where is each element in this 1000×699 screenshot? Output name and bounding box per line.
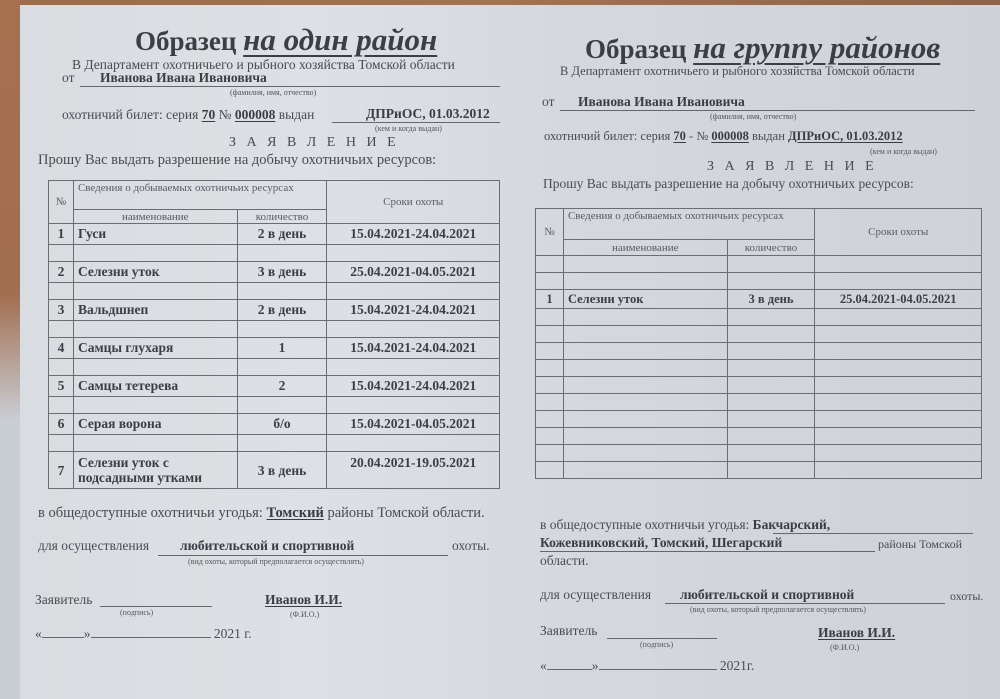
table-row-spacer (49, 397, 500, 414)
header-quantity: количество (237, 210, 327, 224)
grounds-row-2: Кожевниковский, Томский, Шегарский (540, 535, 782, 551)
row-quantity (727, 273, 815, 290)
row-quantity (727, 309, 815, 326)
row-name (563, 360, 727, 377)
right-form-title: Образец на группу районов (585, 30, 940, 66)
row-period: 15.04.2021-24.04.2021 (327, 300, 500, 321)
row-quantity (727, 326, 815, 343)
ticket-number-value: 000008 (235, 107, 276, 122)
purpose-suffix: охоты. (452, 538, 490, 554)
request-text: Прошу Вас выдать разрешение на добычу ох… (38, 152, 436, 169)
row-period (815, 360, 982, 377)
row-num (536, 394, 564, 411)
row-period (815, 326, 982, 343)
table-row-spacer (49, 435, 500, 452)
applicant-full-name: Иванова Ивана Ивановича (578, 94, 745, 110)
empty-cell (327, 397, 500, 414)
row-quantity (727, 377, 815, 394)
row-quantity: 2 в день (237, 300, 327, 321)
grounds-row-1: в общедоступные охотничьи угодья: Бакчар… (540, 517, 830, 533)
empty-cell (73, 435, 237, 452)
statement-heading: З А Я В Л Е Н И Е (229, 135, 399, 151)
ticket-row: охотничий билет: серия 70 - № 000008 выд… (544, 129, 903, 144)
row-num: 3 (49, 300, 74, 321)
table-row: 2Селезни уток3 в день25.04.2021-04.05.20… (49, 262, 500, 283)
name-caption: (фамилия, имя, отчество) (230, 88, 316, 97)
row-period (815, 462, 982, 479)
signature-caption: (подпись) (640, 640, 673, 649)
empty-cell (327, 435, 500, 452)
resources-table: № Сведения о добываемых охотничьих ресур… (535, 208, 982, 479)
row-quantity (727, 360, 815, 377)
table-row (536, 326, 982, 343)
series-value: 70 (202, 107, 216, 122)
purpose-caption: (вид охоты, который предполагается осуще… (690, 605, 866, 614)
issued-by-value: ДПРиОС, 01.03.2012 (788, 129, 903, 143)
from-label: от (542, 94, 554, 110)
table-row (536, 309, 982, 326)
row-num: 1 (536, 290, 564, 309)
header-name: наименование (563, 240, 727, 256)
row-name (563, 411, 727, 428)
row-num (536, 273, 564, 290)
table-row: 1Селезни уток3 в день25.04.2021-04.05.20… (536, 290, 982, 309)
row-name (563, 377, 727, 394)
row-quantity (727, 462, 815, 479)
name-line (80, 86, 500, 87)
grounds-value-line1: Бакчарский, (753, 517, 831, 532)
ticket-row: охотничий билет: серия 70 № 000008 выдан (62, 107, 314, 123)
empty-cell (237, 359, 327, 376)
empty-cell (73, 245, 237, 262)
row-period: 15.04.2021-24.04.2021 (327, 376, 500, 397)
table-row-spacer (49, 321, 500, 338)
header-num: № (536, 209, 564, 256)
row-period (815, 309, 982, 326)
series-value: 70 (673, 129, 686, 143)
grounds-line-2 (540, 551, 875, 552)
left-form-title: Образец на один район (135, 22, 437, 58)
row-period: 15.04.2021-24.04.2021 (327, 224, 500, 245)
row-quantity (727, 256, 815, 273)
ticket-number-value: 000008 (711, 129, 749, 143)
header-num: № (49, 181, 74, 224)
table-row-spacer (49, 245, 500, 262)
row-name (563, 309, 727, 326)
date-month-line[interactable] (91, 637, 211, 638)
table-row: 3Вальдшнеп2 в день15.04.2021-24.04.2021 (49, 300, 500, 321)
empty-cell (73, 321, 237, 338)
empty-cell (237, 435, 327, 452)
row-quantity (727, 343, 815, 360)
row-period (815, 256, 982, 273)
purpose-line (158, 555, 448, 556)
empty-cell (327, 321, 500, 338)
issued-by-value: ДПРиОС, 01.03.2012 (366, 106, 490, 122)
row-period (815, 411, 982, 428)
empty-cell (49, 283, 74, 300)
row-period: 15.04.2021-24.04.2021 (327, 338, 500, 359)
row-quantity (727, 445, 815, 462)
fio-caption: (Ф.И.О.) (290, 610, 319, 619)
table-row: 4Самцы глухаря115.04.2021-24.04.2021 (49, 338, 500, 359)
wooden-desk-edge-left (0, 0, 20, 420)
row-period: 25.04.2021-04.05.2021 (815, 290, 982, 309)
signature-line[interactable] (100, 606, 212, 607)
row-name: Самцы глухаря (73, 338, 237, 359)
row-name: Гуси (73, 224, 237, 245)
empty-cell (237, 397, 327, 414)
signature-caption: (подпись) (120, 608, 153, 617)
fio-caption: (Ф.И.О.) (830, 643, 859, 652)
row-quantity: 2 в день (237, 224, 327, 245)
row-num (536, 462, 564, 479)
date-month-line[interactable] (599, 669, 717, 670)
row-quantity: 2 (237, 376, 327, 397)
row-num (536, 309, 564, 326)
row-num: 2 (49, 262, 74, 283)
row-quantity (727, 428, 815, 445)
row-name: Селезни уток с подсадными утками (73, 452, 237, 489)
table-row: 7Селезни уток с подсадными утками3 в ден… (49, 452, 500, 489)
table-row (536, 360, 982, 377)
grounds-suffix-2: области. (540, 553, 589, 569)
empty-cell (237, 283, 327, 300)
issued-caption: (кем и когда выдан) (870, 147, 937, 156)
applicant-short-name: Иванов И.И. (265, 592, 342, 608)
date-row: «» 2021 г. (35, 626, 252, 642)
row-name: Самцы тетерева (73, 376, 237, 397)
applicant-label: Заявитель (35, 592, 92, 608)
row-num: 5 (49, 376, 74, 397)
empty-cell (73, 283, 237, 300)
row-period (815, 394, 982, 411)
empty-cell (237, 245, 327, 262)
row-name: Селезни уток (73, 262, 237, 283)
row-name (563, 273, 727, 290)
table-row (536, 377, 982, 394)
row-num: 1 (49, 224, 74, 245)
empty-cell (49, 321, 74, 338)
row-num: 6 (49, 414, 74, 435)
grounds-value: Томский (266, 505, 323, 521)
row-quantity (727, 411, 815, 428)
row-num (536, 256, 564, 273)
name-line (560, 110, 975, 111)
row-num: 4 (49, 338, 74, 359)
table-row: 1Гуси2 в день15.04.2021-24.04.2021 (49, 224, 500, 245)
table-row-spacer (49, 359, 500, 376)
row-period (815, 343, 982, 360)
row-name: Селезни уток (563, 290, 727, 309)
row-name (563, 428, 727, 445)
grounds-row: в общедоступные охотничьи угодья: Томски… (38, 505, 485, 522)
header-period: Сроки охоты (815, 209, 982, 256)
row-num (536, 411, 564, 428)
header-quantity: количество (727, 240, 815, 256)
request-text: Прошу Вас выдать разрешение на добычу ох… (543, 176, 914, 192)
table-row (536, 394, 982, 411)
row-num (536, 445, 564, 462)
row-period: 25.04.2021-04.05.2021 (327, 262, 500, 283)
row-num (536, 326, 564, 343)
signature-line[interactable] (607, 638, 717, 639)
date-day-line[interactable] (547, 669, 592, 670)
table-row: 5Самцы тетерева215.04.2021-24.04.2021 (49, 376, 500, 397)
department-line: В Департамент охотничьего и рыбного хозя… (560, 64, 915, 79)
name-caption: (фамилия, имя, отчество) (710, 112, 796, 121)
empty-cell (327, 245, 500, 262)
table-row-spacer (49, 283, 500, 300)
header-resources-group: Сведения о добываемых охотничьих ресурса… (563, 209, 814, 240)
table-row (536, 273, 982, 290)
row-period (815, 377, 982, 394)
table-row (536, 445, 982, 462)
header-period: Сроки охоты (327, 181, 500, 224)
row-period (815, 445, 982, 462)
empty-cell (327, 359, 500, 376)
grounds-value-line2: Кожевниковский, Томский, Шегарский (540, 535, 782, 550)
row-quantity: 3 в день (237, 262, 327, 283)
purpose-suffix: охоты. (950, 589, 983, 604)
row-num (536, 360, 564, 377)
applicant-label: Заявитель (540, 623, 597, 639)
header-name: наименование (73, 210, 237, 224)
row-name: Серая ворона (73, 414, 237, 435)
empty-cell (49, 435, 74, 452)
row-name (563, 256, 727, 273)
row-num (536, 343, 564, 360)
purpose-caption: (вид охоты, который предполагается осуще… (188, 557, 364, 566)
row-name: Вальдшнеп (73, 300, 237, 321)
table-row: 6Серая воронаб/о15.04.2021-04.05.2021 (49, 414, 500, 435)
row-name (563, 445, 727, 462)
row-period: 15.04.2021-04.05.2021 (327, 414, 500, 435)
issued-caption: (кем и когда выдан) (375, 124, 442, 133)
date-day-line[interactable] (42, 637, 84, 638)
empty-cell (49, 245, 74, 262)
purpose-value: любительской и спортивной (180, 538, 354, 554)
purpose-line (665, 603, 945, 604)
table-row (536, 256, 982, 273)
statement-heading: З А Я В Л Е Н И Е (707, 159, 877, 175)
row-quantity: б/о (237, 414, 327, 435)
row-period (815, 428, 982, 445)
grounds-line-1 (773, 533, 973, 534)
row-period: 20.04.2021-19.05.2021 (327, 452, 500, 489)
row-num (536, 377, 564, 394)
row-name (563, 462, 727, 479)
table-row (536, 462, 982, 479)
row-quantity (727, 394, 815, 411)
row-num (536, 428, 564, 445)
empty-cell (73, 359, 237, 376)
row-name (563, 394, 727, 411)
resources-table: № Сведения о добываемых охотничьих ресур… (48, 180, 500, 489)
row-name (563, 326, 727, 343)
purpose-label: для осуществления (540, 587, 651, 603)
row-quantity: 3 в день (727, 290, 815, 309)
row-num: 7 (49, 452, 74, 489)
empty-cell (237, 321, 327, 338)
purpose-label: для осуществления (38, 538, 149, 554)
row-name (563, 343, 727, 360)
applicant-short-name: Иванов И.И. (818, 625, 895, 641)
table-row (536, 343, 982, 360)
row-quantity: 1 (237, 338, 327, 359)
header-resources-group: Сведения о добываемых охотничьих ресурса… (73, 181, 326, 210)
grounds-suffix: районы Томской (878, 537, 962, 552)
empty-cell (327, 283, 500, 300)
applicant-full-name: Иванова Ивана Ивановича (100, 70, 267, 86)
table-row (536, 428, 982, 445)
from-label: от (62, 70, 74, 86)
issued-line (332, 122, 500, 123)
empty-cell (49, 397, 74, 414)
empty-cell (49, 359, 74, 376)
row-period (815, 273, 982, 290)
empty-cell (73, 397, 237, 414)
date-row: «» 2021г. (540, 658, 754, 674)
row-quantity: 3 в день (237, 452, 327, 489)
purpose-value: любительской и спортивной (680, 587, 854, 603)
table-row (536, 411, 982, 428)
